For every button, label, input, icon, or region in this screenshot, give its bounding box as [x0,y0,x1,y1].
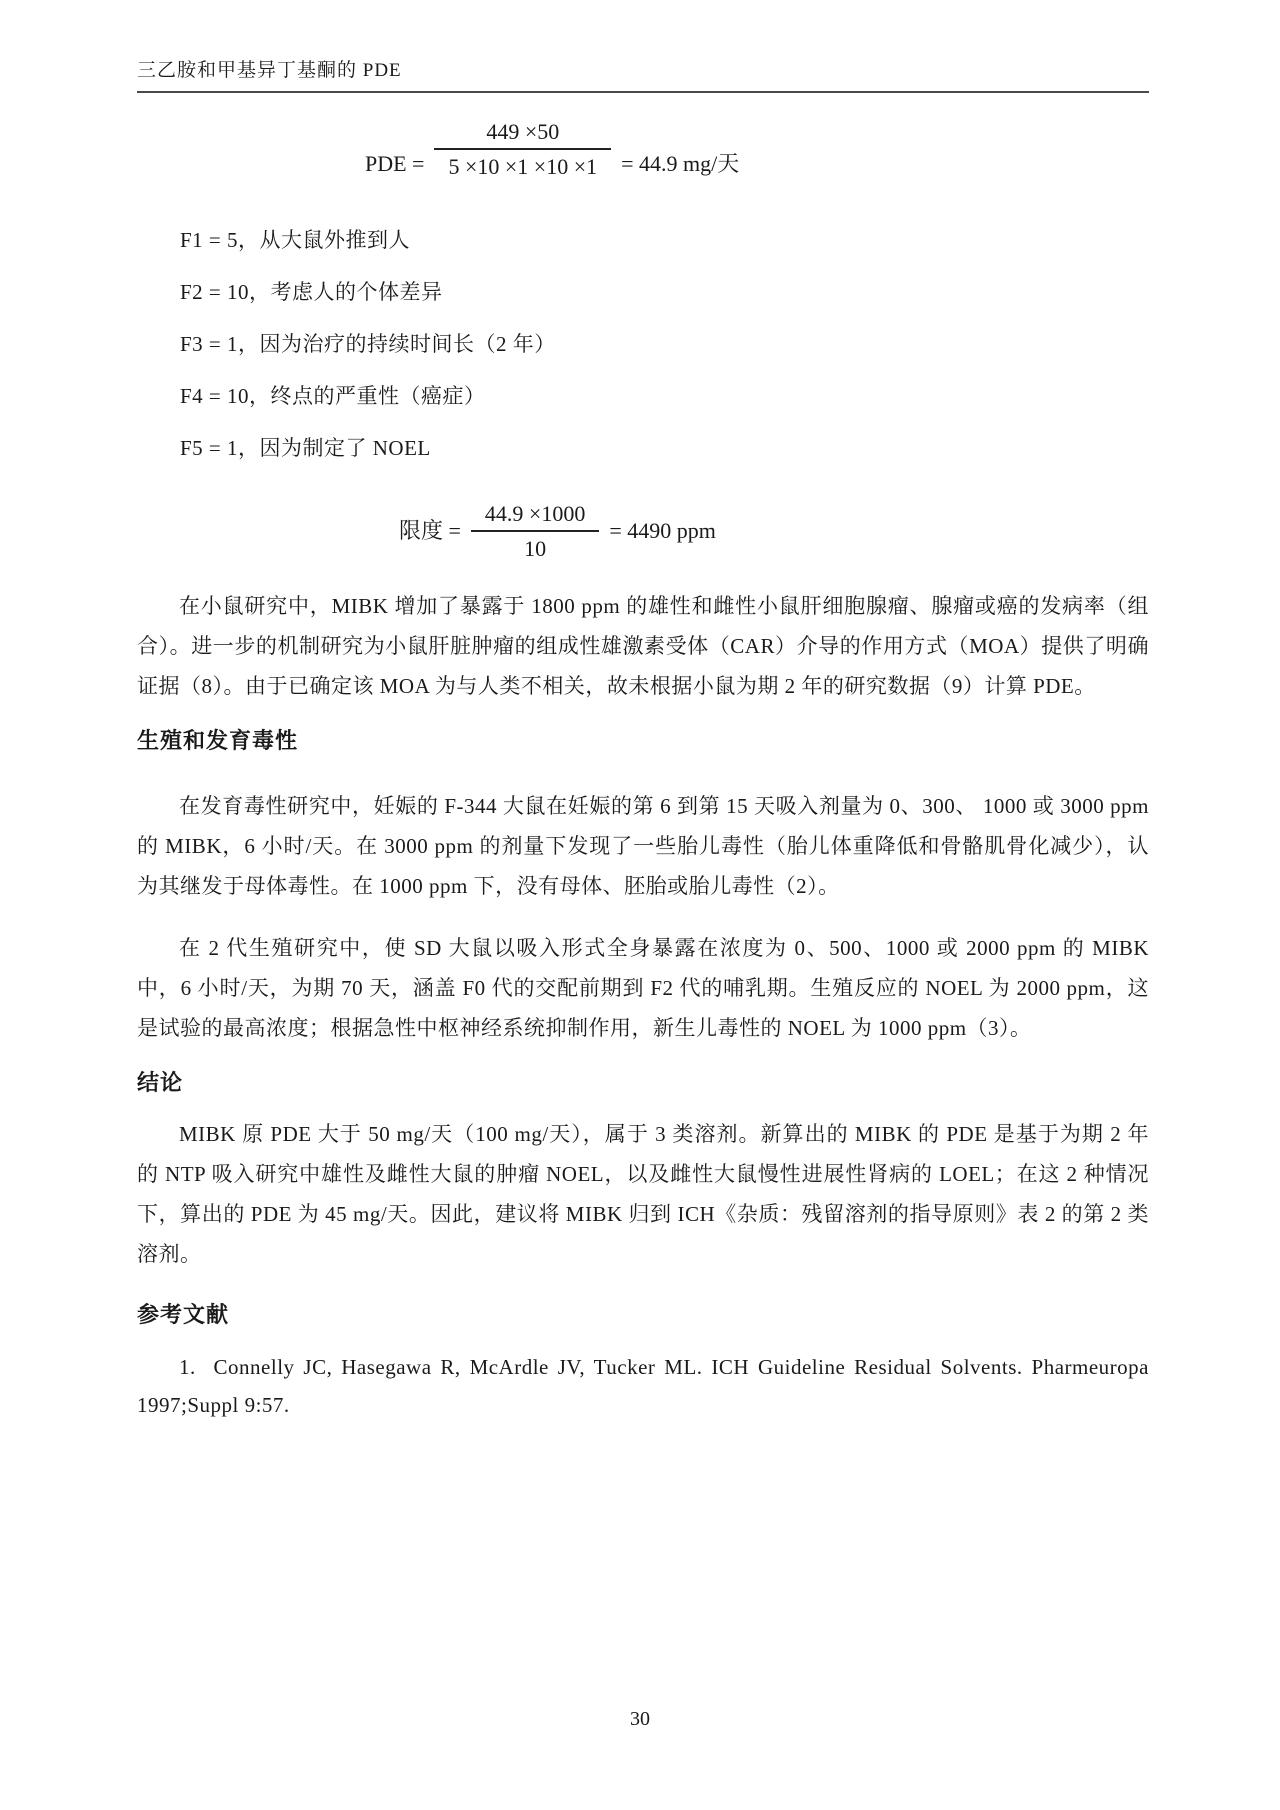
section-heading-reproductive-toxicity: 生殖和发育毒性 [137,726,1149,756]
pde-formula-result: = 44.9 mg/天 [621,149,739,180]
limit-formula-lhs: 限度 = [399,516,461,547]
section-heading-references: 参考文献 [137,1300,1149,1330]
factor-list: F1 = 5，从大鼠外推到人 F2 = 10，考虑人的个体差异 F3 = 1，因… [180,228,1149,461]
document-page: 三乙胺和甲基异丁基酮的 PDE PDE = 449 ×50 5 ×10 ×1 ×… [0,0,1280,1810]
para-reproduction-study: 在 2 代生殖研究中，使 SD 大鼠以吸入形式全身暴露在浓度为 0、500、10… [137,928,1149,1048]
pde-formula-fraction: 449 ×50 5 ×10 ×1 ×10 ×1 [434,119,611,180]
para-mouse-study: 在小鼠研究中，MIBK 增加了暴露于 1800 ppm 的雄性和雌性小鼠肝细胞腺… [137,586,1149,706]
page-content: 三乙胺和甲基异丁基酮的 PDE PDE = 449 ×50 5 ×10 ×1 ×… [137,58,1149,1424]
para-developmental-toxicity: 在发育毒性研究中，妊娠的 F-344 大鼠在妊娠的第 6 到第 15 天吸入剂量… [137,786,1149,906]
reference-item-1: 1. Connelly JC, Hasegawa R, McArdle JV, … [137,1348,1149,1424]
factor-item-f5: F5 = 1，因为制定了 NOEL [180,436,1149,461]
factor-item-f4: F4 = 10，终点的严重性（癌症） [180,384,1149,409]
limit-formula-numerator: 44.9 ×1000 [471,501,599,530]
limit-formula: 限度 = 44.9 ×1000 10 = 4490 ppm [399,501,716,562]
limit-formula-result: = 4490 ppm [609,516,716,547]
page-number: 30 [0,1708,1280,1731]
para-conclusion: MIBK 原 PDE 大于 50 mg/天（100 mg/天），属于 3 类溶剂… [137,1114,1149,1274]
limit-formula-fraction: 44.9 ×1000 10 [471,501,599,562]
factor-item-f1: F1 = 5，从大鼠外推到人 [180,228,1149,253]
pde-formula-denominator: 5 ×10 ×1 ×10 ×1 [434,148,611,180]
factor-item-f2: F2 = 10，考虑人的个体差异 [180,280,1149,305]
section-heading-conclusion: 结论 [137,1068,1149,1098]
factor-item-f3: F3 = 1，因为治疗的持续时间长（2 年） [180,332,1149,357]
pde-formula-lhs: PDE = [365,149,424,180]
pde-formula-numerator: 449 ×50 [434,119,611,148]
limit-formula-denominator: 10 [471,530,599,562]
pde-formula: PDE = 449 ×50 5 ×10 ×1 ×10 ×1 = 44.9 mg/… [365,119,739,180]
page-header-title: 三乙胺和甲基异丁基酮的 PDE [137,58,1149,93]
